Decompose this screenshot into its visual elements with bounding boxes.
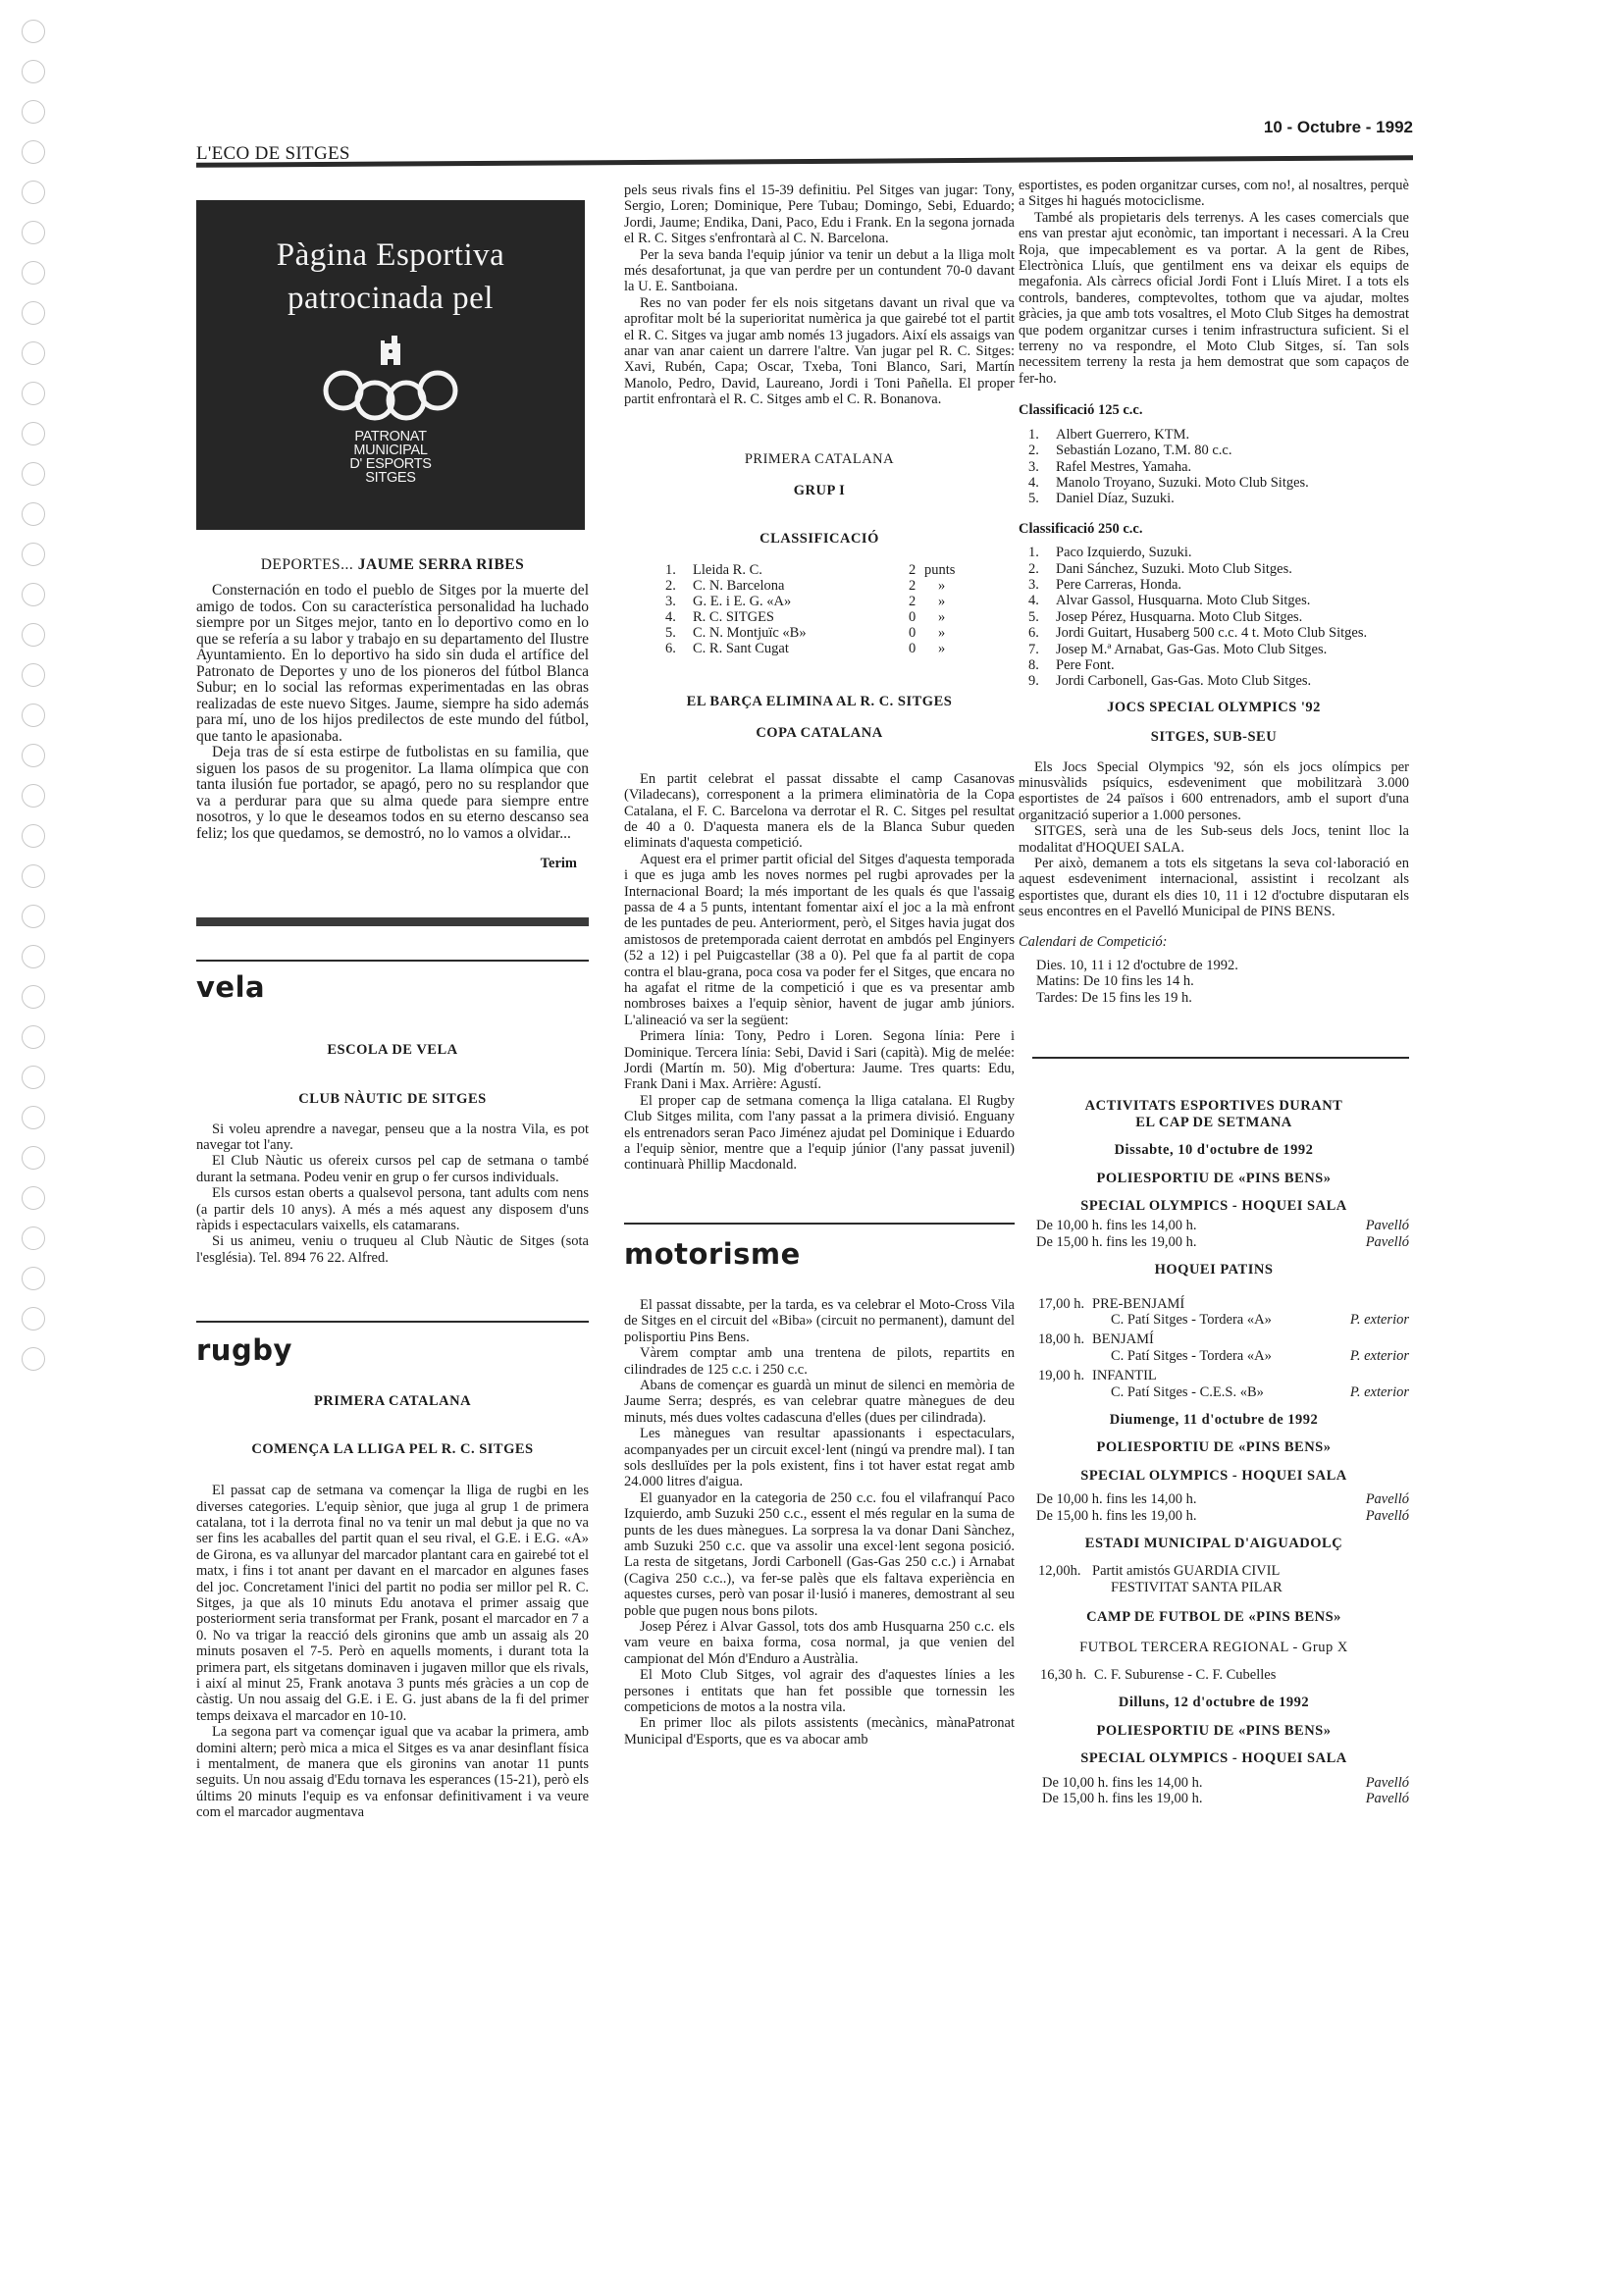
binding-hole: [22, 864, 45, 888]
points-unit: punts: [924, 562, 955, 578]
paragraph: El Moto Club Sitges, vol agrair des d'aq…: [624, 1667, 1015, 1715]
schedule-row: De 10,00 h. fins les 14,00 h.Pavelló: [1042, 1775, 1409, 1791]
table-row: 2.C. N. Barcelona2»: [665, 578, 955, 594]
paragraph: En primer lloc als pilots assistents (me…: [624, 1715, 1015, 1748]
rank: 3.: [665, 594, 693, 609]
schedule-row: De 15,00 h. fins les 19,00 h.Pavelló: [1042, 1791, 1409, 1806]
rank: 6.: [1028, 625, 1056, 641]
sponsor-org-line: MUNICIPAL: [196, 444, 585, 457]
vela-body: Si voleu aprendre a navegar, penseu que …: [196, 1122, 589, 1267]
copa-subheading: COPA CATALANA: [624, 725, 1015, 741]
sunday-event: SPECIAL OLYMPICS - HOQUEI SALA: [1019, 1468, 1409, 1484]
motorisme-body: El passat dissabte, per la tarda, es va …: [624, 1297, 1015, 1748]
binding-hole: [22, 100, 45, 124]
rugby-body: El passat cap de setmana va començar la …: [196, 1483, 589, 1821]
list-item: 4.Manolo Troyano, Suzuki. Moto Club Sitg…: [1028, 475, 1409, 491]
rider: Josep M.ª Arnabat, Gas-Gas. Moto Club Si…: [1056, 642, 1327, 657]
paragraph: Aquest era el primer partit oficial del …: [624, 852, 1015, 1028]
paragraph: En partit celebrat el passat dissabte el…: [624, 771, 1015, 852]
rank: 5.: [665, 625, 693, 641]
calendar: Dies. 10, 11 i 12 d'octubre de 1992. Mat…: [1036, 958, 1409, 1006]
vela-subheading: CLUB NÀUTIC DE SITGES: [196, 1091, 589, 1107]
match-category: INFANTIL: [1092, 1368, 1157, 1383]
match-place: P. exterior: [1350, 1384, 1409, 1400]
binding-hole: [22, 744, 45, 767]
list-item: 6.Jordi Guitart, Husaberg 500 c.c. 4 t. …: [1028, 625, 1409, 641]
class250-list: 1.Paco Izquierdo, Suzuki. 2.Dani Sánchez…: [1019, 545, 1409, 690]
match-teams: C. Patí Sitges - C.E.S. «B»: [1111, 1384, 1264, 1400]
sponsor-org: PATRONAT MUNICIPAL D' ESPORTS SITGES: [196, 430, 585, 485]
points: 0: [909, 641, 924, 656]
copa-body: En partit celebrat el passat dissabte el…: [624, 771, 1015, 1174]
paragraph: Primera línia: Tony, Pedro i Loren. Sego…: [624, 1028, 1015, 1093]
rider: Paco Izquierdo, Suzuki.: [1056, 545, 1192, 560]
rugby-subheading: COMENÇA LA LLIGA PEL R. C. SITGES: [196, 1441, 589, 1457]
paragraph: També als propietaris dels terrenys. A l…: [1019, 210, 1409, 387]
binding-hole: [22, 1267, 45, 1290]
list-item: 2.Sebastián Lozano, T.M. 80 c.c.: [1028, 443, 1409, 458]
table-row: 1.Lleida R. C.2punts: [665, 562, 955, 578]
binding-hole: [22, 140, 45, 164]
binding-hole: [22, 704, 45, 727]
match-place: P. exterior: [1350, 1312, 1409, 1328]
match-time: 16,30 h.: [1040, 1667, 1094, 1683]
match-time: 17,00 h.: [1038, 1296, 1092, 1312]
paragraph: Abans de començar es guardà un minut de …: [624, 1378, 1015, 1426]
binding-hole: [22, 301, 45, 325]
points: 0: [909, 609, 924, 625]
paragraph: Res no van poder fer els nois sitgetans …: [624, 295, 1015, 408]
slot-time: De 15,00 h. fins les 19,00 h.: [1036, 1234, 1197, 1250]
binding-hole: [22, 1226, 45, 1250]
section-divider: [624, 1223, 1015, 1225]
match-category: BENJAMÍ: [1092, 1331, 1154, 1347]
rank: 2.: [1028, 561, 1056, 577]
rank: 1.: [1028, 427, 1056, 443]
list-item: 1.Albert Guerrero, KTM.: [1028, 427, 1409, 443]
rider: Dani Sánchez, Suzuki. Moto Club Sitges.: [1056, 561, 1292, 577]
slot-time: De 15,00 h. fins les 19,00 h.: [1036, 1508, 1197, 1524]
match-teams: C. Patí Sitges - Tordera «A»: [1111, 1312, 1272, 1328]
slot-place: Pavelló: [1366, 1218, 1409, 1233]
table-row: 3.G. E. i E. G. «A»2»: [665, 594, 955, 609]
binding-hole: [22, 261, 45, 285]
rider: Albert Guerrero, KTM.: [1056, 427, 1189, 443]
paragraph: Josep Pérez i Alvar Gassol, tots dos amb…: [624, 1619, 1015, 1667]
paragraph: El passat dissabte, per la tarda, es va …: [624, 1297, 1015, 1345]
points: 0: [909, 625, 924, 641]
team: R. C. SITGES: [693, 609, 909, 625]
rank: 3.: [1028, 577, 1056, 593]
paragraph: pels seus rivals fins el 15-39 definitiu…: [624, 183, 1015, 247]
list-item: 7.Josep M.ª Arnabat, Gas-Gas. Moto Club …: [1028, 642, 1409, 657]
binding-hole: [22, 1186, 45, 1210]
sponsor-line-1: Pàgina Esportiva: [196, 234, 585, 277]
paragraph: esportistes, es poden organitzar curses,…: [1019, 178, 1409, 210]
calendar-title: Calendari de Competició:: [1019, 934, 1409, 950]
obituary-body: Consternación en todo el pueblo de Sitge…: [196, 583, 589, 842]
rider: Daniel Díaz, Suzuki.: [1056, 491, 1175, 506]
rank: 4.: [1028, 475, 1056, 491]
team: C. N. Barcelona: [693, 578, 909, 594]
match-place: P. exterior: [1350, 1348, 1409, 1364]
masthead-rule: [196, 155, 1413, 168]
paragraph: Si voleu aprendre a navegar, penseu que …: [196, 1122, 589, 1154]
paragraph: Si us animeu, veniu o truqueu al Club Nà…: [196, 1233, 589, 1266]
binding-hole: [22, 221, 45, 244]
saturday-venue: POLIESPORTIU DE «PINS BENS»: [1019, 1171, 1409, 1186]
slot-time: De 10,00 h. fins les 14,00 h.: [1036, 1218, 1197, 1233]
rank: 9.: [1028, 673, 1056, 689]
list-item: 9.Jordi Carbonell, Gas-Gas. Moto Club Si…: [1028, 673, 1409, 689]
match-teams: C. F. Suburense - C. F. Cubelles: [1094, 1667, 1276, 1683]
table-row: 4.R. C. SITGES0»: [665, 609, 955, 625]
standings-table: 1.Lleida R. C.2punts 2.C. N. Barcelona2»…: [665, 562, 955, 656]
saturday-date: Dissabte, 10 d'octubre de 1992: [1019, 1142, 1409, 1158]
slot-place: Pavelló: [1366, 1508, 1409, 1524]
points-unit: »: [924, 594, 955, 609]
column-left: Pàgina Esportiva patrocinada pel PATRONA…: [196, 183, 589, 1821]
binding-hole: [22, 181, 45, 204]
team: Lleida R. C.: [693, 562, 909, 578]
match-teams: C. Patí Sitges - Tordera «A»: [1111, 1348, 1272, 1364]
slot-time: De 15,00 h. fins les 19,00 h.: [1042, 1791, 1203, 1806]
rank: 8.: [1028, 657, 1056, 673]
olympics-subheading: SITGES, SUB-SEU: [1019, 729, 1409, 745]
points: 2: [909, 578, 924, 594]
rank: 7.: [1028, 642, 1056, 657]
binding-hole: [22, 462, 45, 486]
list-item: 4.Alvar Gassol, Husquarna. Moto Club Sit…: [1028, 593, 1409, 608]
rider: Rafel Mestres, Yamaha.: [1056, 459, 1191, 475]
list-item: 5.Josep Pérez, Husquarna. Moto Club Sitg…: [1028, 609, 1409, 625]
paragraph: Els Jocs Special Olympics '92, són els j…: [1019, 759, 1409, 824]
section-label-motorisme: motorisme: [624, 1238, 1015, 1270]
castle-icon: [381, 336, 400, 363]
copa-heading: EL BARÇA ELIMINA AL R. C. SITGES: [624, 694, 1015, 709]
calendar-line: Tardes: De 15 fins les 19 h.: [1036, 990, 1409, 1006]
section-divider-thick: [196, 917, 589, 926]
paragraph: Per això, demanem a tots els sitgetans l…: [1019, 856, 1409, 920]
class125-list: 1.Albert Guerrero, KTM. 2.Sebastián Loza…: [1019, 427, 1409, 507]
saturday-event: SPECIAL OLYMPICS - HOQUEI SALA: [1019, 1198, 1409, 1214]
team: C. R. Sant Cugat: [693, 641, 909, 656]
rider: Sebastián Lozano, T.M. 80 c.c.: [1056, 443, 1231, 458]
match-time: 19,00 h.: [1038, 1368, 1092, 1383]
paragraph: Les mànegues van resultar apassionants i…: [624, 1426, 1015, 1490]
paragraph: El Club Nàutic us ofereix cursos pel cap…: [196, 1153, 589, 1185]
sponsor-line-2: patrocinada pel: [196, 277, 585, 320]
hockey-list: 17,00 h.PRE-BENJAMÍC. Patí Sitges - Tord…: [1038, 1296, 1409, 1400]
binding-hole: [22, 583, 45, 606]
sunday-venue: POLIESPORTIU DE «PINS BENS»: [1019, 1439, 1409, 1455]
obituary-signature: Terim: [196, 856, 589, 871]
schedule-row: De 15,00 h. fins les 19,00 h.Pavelló: [1036, 1508, 1409, 1524]
paragraph: Consternación en todo el pueblo de Sitge…: [196, 583, 589, 745]
binding-hole: [22, 20, 45, 43]
table-row: 5.C. N. Montjuïc «B»0»: [665, 625, 955, 641]
class250-title: Classificació 250 c.c.: [1019, 521, 1409, 537]
rank: 3.: [1028, 459, 1056, 475]
binding-hole: [22, 422, 45, 445]
binding-hole: [22, 1106, 45, 1129]
match-time: 18,00 h.: [1038, 1331, 1092, 1347]
points-unit: »: [924, 625, 955, 641]
binding-hole: [22, 905, 45, 928]
binding-hole: [22, 784, 45, 808]
rider: Alvar Gassol, Husquarna. Moto Club Sitge…: [1056, 593, 1310, 608]
weekend-title-line: ACTIVITATS ESPORTIVES DURANT: [1019, 1098, 1409, 1114]
paragraph: La segona part va començar igual que va …: [196, 1724, 589, 1820]
binding-hole: [22, 985, 45, 1009]
schedule-row: De 15,00 h. fins les 19,00 h.Pavelló: [1036, 1234, 1409, 1250]
sunday-slots: De 10,00 h. fins les 14,00 h.Pavelló De …: [1036, 1491, 1409, 1524]
list-item: 2.Dani Sánchez, Suzuki. Moto Club Sitges…: [1028, 561, 1409, 577]
rank: 5.: [1028, 491, 1056, 506]
rank: 2.: [665, 578, 693, 594]
points-unit: »: [924, 578, 955, 594]
section-label-vela: vela: [196, 971, 589, 1003]
binding-hole: [22, 502, 45, 526]
rank: 2.: [1028, 443, 1056, 458]
slot-place: Pavelló: [1366, 1491, 1409, 1507]
binding-holes: [22, 20, 51, 1387]
slot-place: Pavelló: [1366, 1775, 1409, 1791]
event-description: Partit amistós GUARDIA CIVIL: [1092, 1563, 1280, 1579]
rank: 1.: [665, 562, 693, 578]
weekend-title-line: EL CAP DE SETMANA: [1019, 1115, 1409, 1130]
binding-hole: [22, 1307, 45, 1331]
vela-heading: ESCOLA DE VELA: [196, 1042, 589, 1058]
section-divider: [196, 1321, 589, 1323]
stadium-title: ESTADI MUNICIPAL D'AIGUADOLÇ: [1019, 1536, 1409, 1551]
rider: Pere Font.: [1056, 657, 1115, 673]
rank: 1.: [1028, 545, 1056, 560]
schedule-row: De 10,00 h. fins les 14,00 h.Pavelló: [1036, 1218, 1409, 1233]
binding-hole: [22, 543, 45, 566]
hockey-match: 18,00 h.BENJAMÍC. Patí Sitges - Tordera …: [1038, 1331, 1409, 1364]
list-item: 8.Pere Font.: [1028, 657, 1409, 673]
binding-hole: [22, 382, 45, 405]
table-row: 6.C. R. Sant Cugat0»: [665, 641, 955, 656]
section-divider: [1032, 1057, 1409, 1059]
sponsor-heading: Pàgina Esportiva patrocinada pel: [196, 200, 585, 320]
event-time: 12,00h.: [1038, 1563, 1092, 1579]
olympic-rings-icon: [322, 367, 459, 424]
field-title: CAMP DE FUTBOL DE «PINS BENS»: [1019, 1609, 1409, 1625]
olympics-body: Els Jocs Special Olympics '92, són els j…: [1019, 759, 1409, 920]
sponsor-box: Pàgina Esportiva patrocinada pel PATRONA…: [196, 200, 585, 530]
paragraph: Vàrem comptar amb una trentena de pilots…: [624, 1345, 1015, 1378]
sponsor-org-line: D' ESPORTS: [196, 457, 585, 471]
sunday-date: Diumenge, 11 d'octubre de 1992: [1019, 1412, 1409, 1428]
paragraph: Els cursos estan oberts a qualsevol pers…: [196, 1185, 589, 1233]
team: G. E. i E. G. «A»: [693, 594, 909, 609]
paragraph: El guanyador en la categoria de 250 c.c.…: [624, 1490, 1015, 1619]
binding-hole: [22, 60, 45, 83]
section-divider: [196, 960, 589, 962]
paragraph: SITGES, serà una de les Sub-seus dels Jo…: [1019, 823, 1409, 856]
stadium-event: 12,00h.Partit amistós GUARDIA CIVIL FEST…: [1038, 1563, 1409, 1595]
rank: 5.: [1028, 609, 1056, 625]
standings-group: GRUP I: [624, 483, 1015, 498]
rank: 4.: [1028, 593, 1056, 608]
binding-hole: [22, 1347, 45, 1371]
rider: Josep Pérez, Husquarna. Moto Club Sitges…: [1056, 609, 1302, 625]
monday-slots: De 10,00 h. fins les 14,00 h.Pavelló De …: [1042, 1775, 1409, 1807]
motorisme-continued: esportistes, es poden organitzar curses,…: [1019, 178, 1409, 387]
paragraph: Deja tras de sí esta estirpe de futbolis…: [196, 745, 589, 842]
calendar-line: Dies. 10, 11 i 12 d'octubre de 1992.: [1036, 958, 1409, 973]
rank: 6.: [665, 641, 693, 656]
points: 2: [909, 562, 924, 578]
calendar-line: Matins: De 10 fins les 14 h.: [1036, 973, 1409, 989]
list-item: 5.Daniel Díaz, Suzuki.: [1028, 491, 1409, 506]
obituary-title: DEPORTES... JAUME SERRA RIBES: [196, 557, 589, 573]
match-category: PRE-BENJAMÍ: [1092, 1296, 1184, 1312]
monday-venue: POLIESPORTIU DE «PINS BENS»: [1019, 1723, 1409, 1739]
rank: 4.: [665, 609, 693, 625]
masthead: L'ECO DE SITGES 10 - Octubre - 1992: [196, 118, 1413, 167]
football-match: 16,30 h.C. F. Suburense - C. F. Cubelles: [1040, 1667, 1409, 1683]
binding-hole: [22, 623, 45, 647]
monday-date: Dilluns, 12 d'octubre de 1992: [1019, 1695, 1409, 1710]
obituary-title-bold: JAUME SERRA RIBES: [358, 556, 525, 573]
monday-event: SPECIAL OLYMPICS - HOQUEI SALA: [1019, 1750, 1409, 1766]
sponsor-org-line: SITGES: [196, 471, 585, 485]
binding-hole: [22, 663, 45, 687]
weekend-title: ACTIVITATS ESPORTIVES DURANT EL CAP DE S…: [1019, 1098, 1409, 1130]
binding-hole: [22, 824, 45, 848]
obituary-title-light: DEPORTES...: [261, 556, 354, 573]
column-right: esportistes, es poden organitzar curses,…: [1019, 178, 1409, 1806]
binding-hole: [22, 1146, 45, 1170]
rugby-continued: pels seus rivals fins el 15-39 definitiu…: [624, 183, 1015, 408]
rider: Jordi Carbonell, Gas-Gas. Moto Club Sitg…: [1056, 673, 1311, 689]
class125-title: Classificació 125 c.c.: [1019, 402, 1409, 418]
points-unit: »: [924, 641, 955, 656]
schedule-row: De 10,00 h. fins les 14,00 h.Pavelló: [1036, 1491, 1409, 1507]
rider: Pere Carreras, Honda.: [1056, 577, 1181, 593]
slot-place: Pavelló: [1366, 1234, 1409, 1250]
saturday-slots: De 10,00 h. fins les 14,00 h.Pavelló De …: [1036, 1218, 1409, 1250]
column-middle: pels seus rivals fins el 15-39 definitiu…: [624, 183, 1015, 1748]
standings-title: CLASSIFICACIÓ: [624, 531, 1015, 547]
issue-date: 10 - Octubre - 1992: [1264, 118, 1413, 137]
hockey-match: 17,00 h.PRE-BENJAMÍC. Patí Sitges - Tord…: [1038, 1296, 1409, 1329]
points-unit: »: [924, 609, 955, 625]
slot-place: Pavelló: [1366, 1791, 1409, 1806]
team: C. N. Montjuïc «B»: [693, 625, 909, 641]
list-item: 1.Paco Izquierdo, Suzuki.: [1028, 545, 1409, 560]
paragraph: El proper cap de setmana comença la llig…: [624, 1093, 1015, 1174]
standings-heading: PRIMERA CATALANA: [624, 451, 1015, 467]
binding-hole: [22, 945, 45, 968]
rider: Manolo Troyano, Suzuki. Moto Club Sitges…: [1056, 475, 1309, 491]
rider: Jordi Guitart, Husaberg 500 c.c. 4 t. Mo…: [1056, 625, 1367, 641]
binding-hole: [22, 341, 45, 365]
list-item: 3.Rafel Mestres, Yamaha.: [1028, 459, 1409, 475]
paragraph: El passat cap de setmana va començar la …: [196, 1483, 589, 1724]
sponsor-org-line: PATRONAT: [196, 430, 585, 444]
hockey-match: 19,00 h.INFANTILC. Patí Sitges - C.E.S. …: [1038, 1368, 1409, 1400]
hockey-title: HOQUEI PATINS: [1019, 1262, 1409, 1278]
paragraph: Per la seva banda l'equip júnior va teni…: [624, 247, 1015, 295]
list-item: 3.Pere Carreras, Honda.: [1028, 577, 1409, 593]
league-title: FUTBOL TERCERA REGIONAL - Grup X: [1019, 1640, 1409, 1655]
olympics-heading: JOCS SPECIAL OLYMPICS '92: [1019, 700, 1409, 715]
slot-time: De 10,00 h. fins les 14,00 h.: [1042, 1775, 1203, 1791]
binding-hole: [22, 1025, 45, 1049]
binding-hole: [22, 1066, 45, 1089]
event-description: FESTIVITAT SANTA PILAR: [1038, 1580, 1409, 1595]
section-label-rugby: rugby: [196, 1334, 589, 1366]
points: 2: [909, 594, 924, 609]
slot-time: De 10,00 h. fins les 14,00 h.: [1036, 1491, 1197, 1507]
rugby-heading: PRIMERA CATALANA: [196, 1393, 589, 1409]
